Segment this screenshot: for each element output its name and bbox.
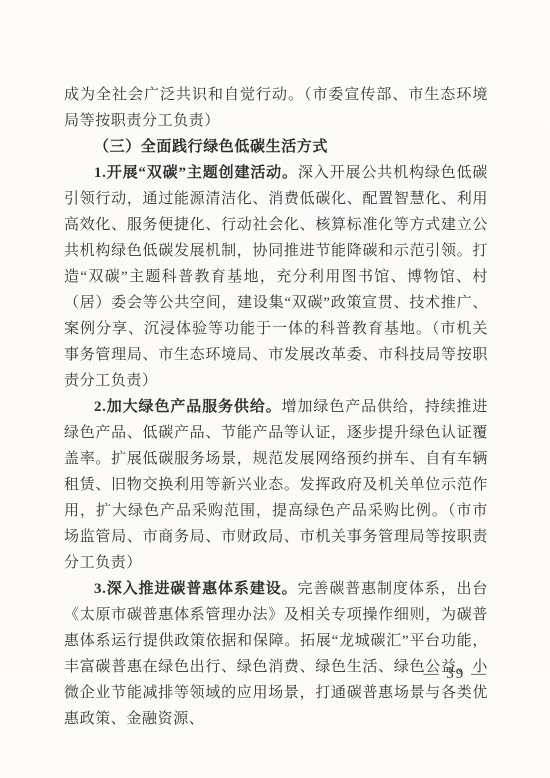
paragraph-item-2: 2.加大绿色产品服务供给。增加绿色产品供给，持续推进绿色产品、低碳产品、节能产品… bbox=[64, 394, 488, 576]
paragraph-text: 完善碳普惠制度体系，出台《太原市碳普惠体系管理办法》及相关专项操作细则，为碳普惠… bbox=[64, 581, 488, 727]
paragraph-lead: 3.深入推进碳普惠体系建设。 bbox=[94, 581, 298, 597]
document-page: 成为全社会广泛共识和自觉行动。（市委宣传部、市生态环境局等按职责分工负责） （三… bbox=[0, 0, 550, 778]
section-heading-text: （三）全面践行绿色低碳生活方式 bbox=[94, 139, 328, 155]
paragraph-item-3: 3.深入推进碳普惠体系建设。完善碳普惠制度体系，出台《太原市碳普惠体系管理办法》… bbox=[64, 576, 488, 732]
paragraph-lead: 1.开展“双碳”主题创建活动。 bbox=[94, 165, 298, 181]
paragraph-text: 增加绿色产品供给，持续推进绿色产品、低碳产品、节能产品等认证，逐步提升绿色认证覆… bbox=[64, 399, 488, 571]
section-heading: （三）全面践行绿色低碳生活方式 bbox=[64, 134, 488, 160]
paragraph-continuation: 成为全社会广泛共识和自觉行动。（市委宣传部、市生态环境局等按职责分工负责） bbox=[64, 82, 488, 134]
paragraph-text: 深入开展公共机构绿色低碳引领行动，通过能源清洁化、消费低碳化、配置智慧化、利用高… bbox=[64, 165, 488, 389]
paragraph-item-1: 1.开展“双碳”主题创建活动。深入开展公共机构绿色低碳引领行动，通过能源清洁化、… bbox=[64, 160, 488, 394]
paragraph-lead: 2.加大绿色产品服务供给。 bbox=[94, 399, 282, 415]
document-body: 成为全社会广泛共识和自觉行动。（市委宣传部、市生态环境局等按职责分工负责） （三… bbox=[64, 82, 488, 732]
page-number: — 39 — bbox=[424, 666, 489, 683]
paragraph-text: 成为全社会广泛共识和自觉行动。（市委宣传部、市生态环境局等按职责分工负责） bbox=[64, 87, 488, 129]
